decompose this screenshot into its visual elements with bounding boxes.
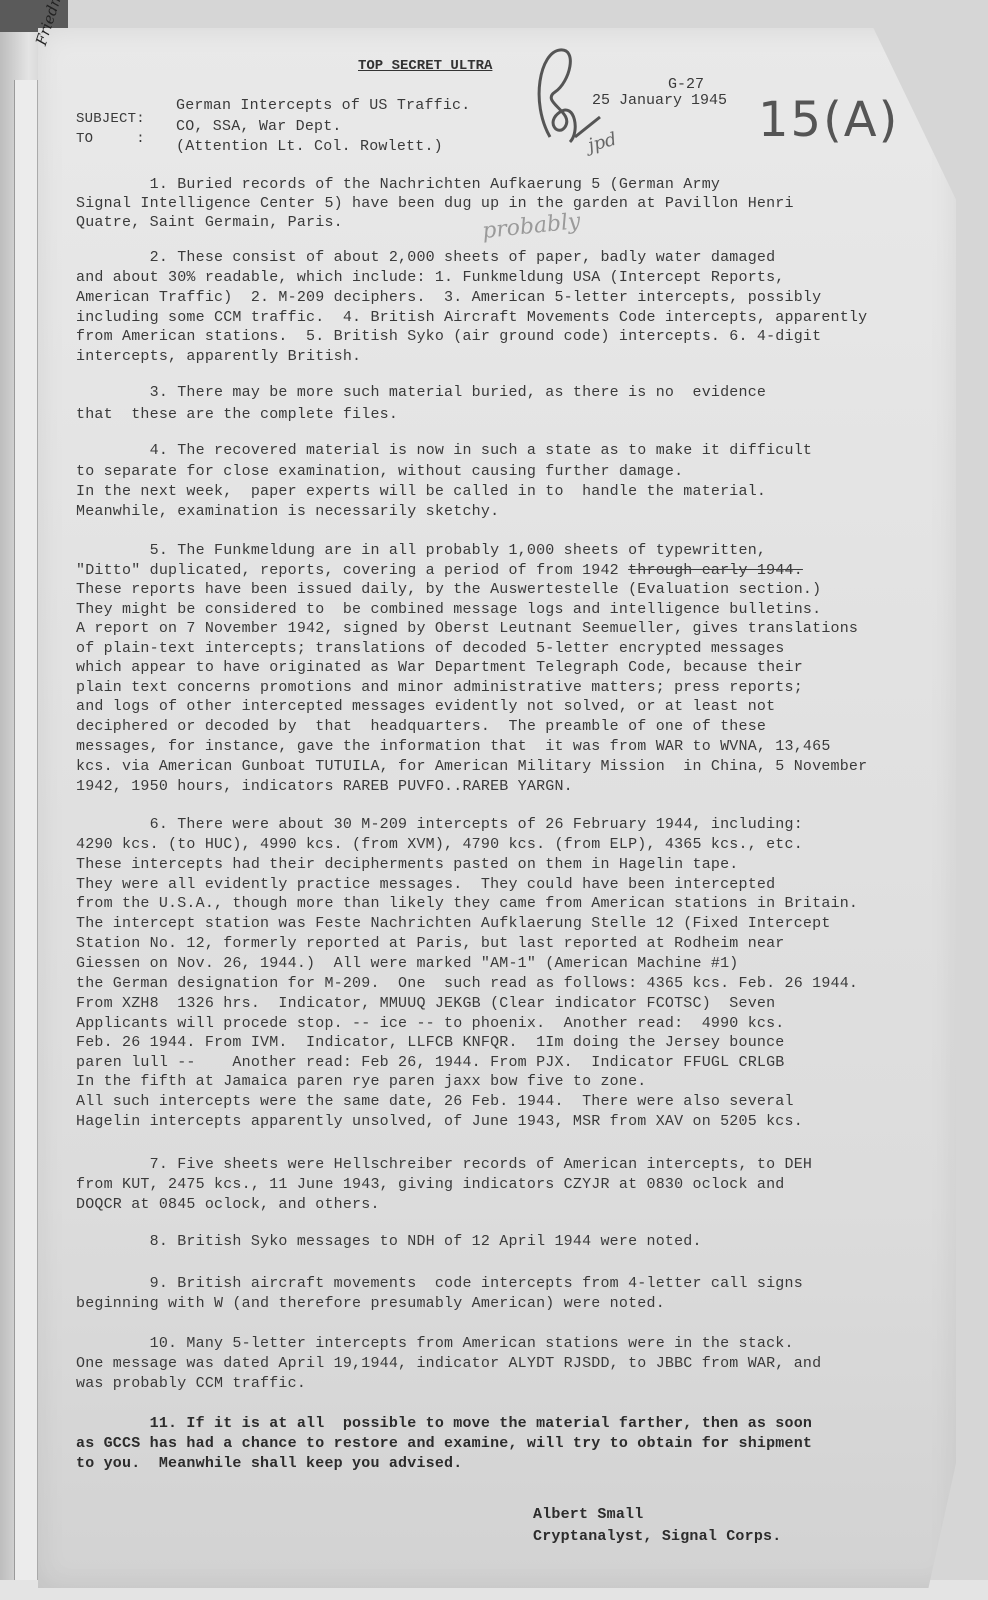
text-line: Applicants will procede stop. -- ice -- … — [76, 1014, 785, 1034]
struck-text: through early 1944. — [628, 562, 803, 579]
text-line: Giessen on Nov. 26, 1944.) All were mark… — [76, 954, 739, 974]
text-line: and logs of other intercepted messages e… — [76, 697, 775, 717]
text-line: Hagelin intercepts apparently unsolved, … — [76, 1112, 803, 1132]
subject-label: SUBJECT: — [76, 110, 145, 130]
text-line: was probably CCM traffic. — [76, 1374, 306, 1394]
text-segment: "Ditto" duplicated, reports, covering a … — [76, 562, 628, 579]
document-date: 25 January 1945 — [592, 92, 727, 109]
text-line: kcs. via American Gunboat TUTUILA, for A… — [76, 757, 867, 777]
text-line: Signal Intelligence Center 5) have been … — [76, 194, 794, 214]
text-line: These reports have been issued daily, by… — [76, 580, 821, 600]
text-line: 5. The Funkmeldung are in all probably 1… — [76, 541, 766, 561]
text-line: From XZH8 1326 hrs. Indicator, MMUUQ JEK… — [76, 994, 775, 1014]
reference-number: G-27 — [668, 76, 704, 93]
text-line: including some CCM traffic. 4. British A… — [76, 308, 867, 328]
text-line: plain text concerns promotions and minor… — [76, 678, 803, 698]
text-line: A report on 7 November 1942, signed by O… — [76, 619, 858, 639]
signatory-title: Cryptanalyst, Signal Corps. — [533, 1527, 781, 1547]
text-line: that these are the complete files. — [76, 405, 398, 425]
text-line: which appear to have originated as War D… — [76, 658, 803, 678]
text-line: 7. Five sheets were Hellschreiber record… — [76, 1155, 812, 1175]
text-line: as GCCS has had a chance to restore and … — [76, 1434, 812, 1454]
text-line: One message was dated April 19,1944, ind… — [76, 1354, 821, 1374]
text-line: All such intercepts were the same date, … — [76, 1092, 794, 1112]
text-line: They were all evidently practice message… — [76, 875, 775, 895]
text-line: beginning with W (and therefore presumab… — [76, 1294, 665, 1314]
text-line: 4290 kcs. (to HUC), 4990 kcs. (from XVM)… — [76, 835, 803, 855]
text-line: 4. The recovered material is now in such… — [76, 441, 812, 461]
text-line: Meanwhile, examination is necessarily sk… — [76, 502, 499, 522]
text-line: 3. There may be more such material burie… — [76, 383, 766, 403]
signatory-name: Albert Small — [533, 1505, 643, 1525]
text-line: Station No. 12, formerly reported at Par… — [76, 934, 785, 954]
text-line: 8. British Syko messages to NDH of 12 Ap… — [76, 1232, 702, 1252]
text-line: 1. Buried records of the Nachrichten Auf… — [76, 175, 720, 195]
text-line: of plain-text intercepts; translations o… — [76, 639, 785, 659]
text-line: The intercept station was Feste Nachrich… — [76, 914, 831, 934]
text-line: American Traffic) 2. M-209 deciphers. 3.… — [76, 288, 821, 308]
text-line: intercepts, apparently British. — [76, 347, 361, 367]
text-line: These intercepts had their decipherments… — [76, 855, 739, 875]
text-line: from the U.S.A., though more than likely… — [76, 894, 858, 914]
text-line: the German designation for M-209. One su… — [76, 974, 858, 994]
text-line: 11. If it is at all possible to move the… — [76, 1414, 812, 1434]
text-line: to separate for close examination, witho… — [76, 462, 683, 482]
text-line: Feb. 26 1944. From IVM. Indicator, LLFCB… — [76, 1033, 785, 1053]
text-line: 10. Many 5-letter intercepts from Americ… — [76, 1334, 794, 1354]
text-line: DOQCR at 0845 oclock, and others. — [76, 1195, 380, 1215]
text-line: "Ditto" duplicated, reports, covering a … — [76, 561, 803, 581]
text-line: to you. Meanwhile shall keep you advised… — [76, 1454, 462, 1474]
text-line: paren lull -- Another read: Feb 26, 1944… — [76, 1053, 785, 1073]
classification-heading: TOP SECRET ULTRA — [358, 58, 492, 74]
text-line: They might be considered to be combined … — [76, 600, 821, 620]
text-line: In the fifth at Jamaica paren rye paren … — [76, 1072, 647, 1092]
subject-text: German Intercepts of US Traffic. — [176, 96, 470, 116]
text-line: 9. British aircraft movements code inter… — [76, 1274, 803, 1294]
to-text: CO, SSA, War Dept. — [176, 117, 342, 137]
text-line: 2. These consist of about 2,000 sheets o… — [76, 248, 775, 268]
text-line: from KUT, 2475 kcs., 11 June 1943, givin… — [76, 1175, 785, 1195]
text-line: and about 30% readable, which include: 1… — [76, 268, 785, 288]
text-line: 1942, 1950 hours, indicators RAREB PUVFO… — [76, 777, 573, 797]
to-label: TO : — [76, 130, 145, 150]
text-line: from American stations. 5. British Syko … — [76, 327, 821, 347]
text-line: messages, for instance, gave the informa… — [76, 737, 831, 757]
text-line: In the next week, paper experts will be … — [76, 482, 766, 502]
text-line: deciphered or decoded by that headquarte… — [76, 717, 766, 737]
text-line: 6. There were about 30 M-209 intercepts … — [76, 815, 803, 835]
folded-page-edge — [14, 80, 38, 1600]
attention-text: (Attention Lt. Col. Rowlett.) — [176, 137, 443, 157]
handwritten-page-mark: 15(A) — [758, 92, 899, 148]
text-line: Quatre, Saint Germain, Paris. — [76, 213, 343, 233]
